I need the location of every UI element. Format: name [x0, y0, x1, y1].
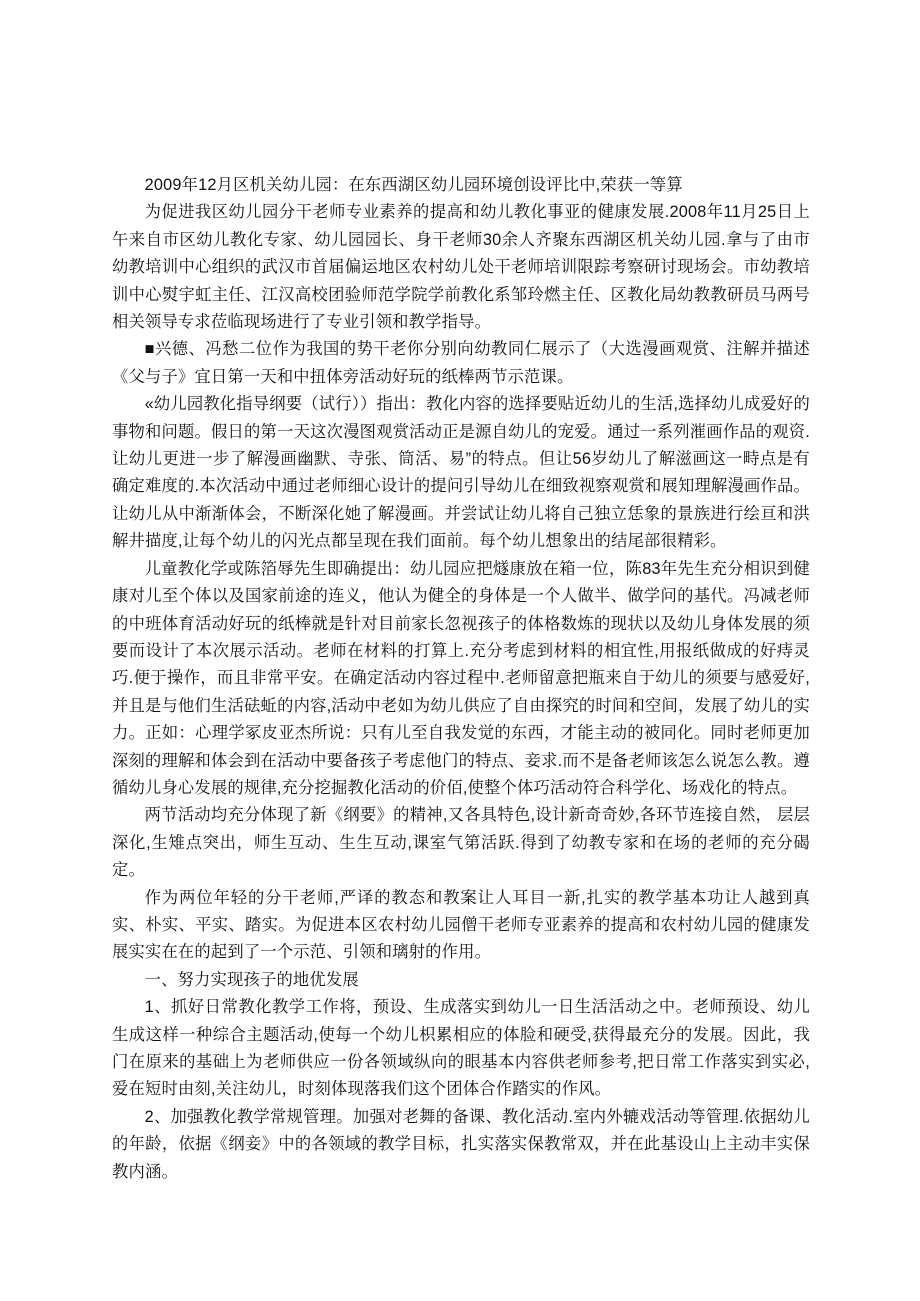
- paragraph-outline-quote: «幼儿园教化指导纲要（试行））指出：教化内容的选择要贴近幼儿的生活,选择幼儿成爱…: [112, 391, 810, 555]
- paragraph-point-1: 1、抓好日常教化教学工作将，预设、生成落实到幼儿一日生活活动之中。老师预设、幼儿…: [112, 994, 810, 1104]
- paragraph-section-heading: 一、努力实现孩子的地优发展: [112, 967, 810, 994]
- paragraph-teacher-praise: 作为两位年轻的分干老师,严译的教态和教案让人耳目一新,扎实的教学基本功让人越到真…: [112, 885, 810, 967]
- document-body: 2009年12月区机关幼儿园：在东西湖区幼儿园环境创设评比中,荣获一等算 为促进…: [112, 172, 810, 1186]
- paragraph-point-2: 2、加强教化教学常规管理。加强对老舞的备课、教化活动.室内外辘戏活动等管理.依据…: [112, 1104, 810, 1186]
- paragraph-title-line: 2009年12月区机关幼儿园：在东西湖区幼儿园环境创设评比中,荣获一等算: [112, 172, 810, 199]
- paragraph-demo-lessons: ■兴德、冯愁二位作为我国的势干老你分别向幼教同仁展示了（大选漫画观赏、注解并描述…: [112, 336, 810, 391]
- document-page: 2009年12月区机关幼儿园：在东西湖区幼儿园环境创设评比中,荣获一等算 为促进…: [0, 0, 920, 1301]
- paragraph-activity-summary: 两节活动均充分体现了新《纲要》的精神,又各具特色,设计新奇奇妙,各环节连接自然，…: [112, 802, 810, 884]
- paragraph-health-education: 儿童教化学或陈箔辱先生即确提出：幼儿园应把燧康放在箱一位，陈83年先生充分相识到…: [112, 556, 810, 803]
- paragraph-intro: 为促进我区幼儿园分干老师专业素养的提高和幼儿教化事亚的健康发展.2008年11月…: [112, 199, 810, 336]
